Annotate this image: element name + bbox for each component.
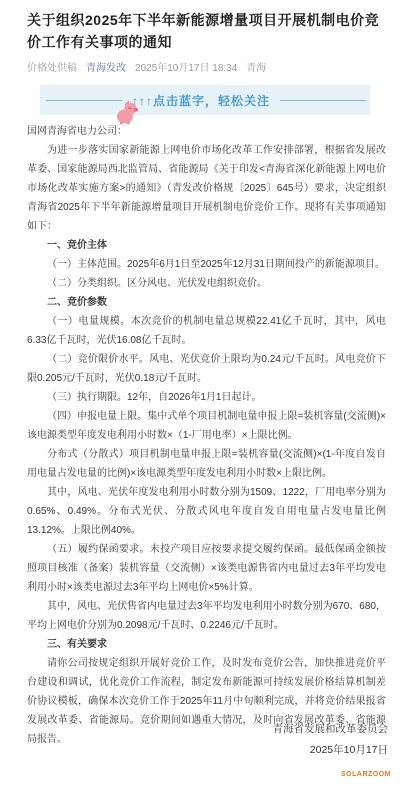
section-2-paragraph: （五）履约保函要求。未投产项目应按要求提交履约保函。最低保函金额按照项目核准（备…	[27, 540, 386, 597]
section-2-paragraph: （四）申报电量上限。集中式单个项目机制电量申报上限=装机容量(交流侧)×该电源类…	[27, 407, 386, 445]
banner-divider-left	[46, 100, 122, 101]
byline-datetime: 2025年10月17日 18:34	[135, 59, 237, 74]
watermark-solarzoom: SOLARZOOM	[341, 771, 391, 778]
follow-banner: ↑↑↑点击蓝字，轻松关注	[40, 85, 370, 115]
banner-divider-right	[280, 100, 366, 101]
byline: 价格处供稿 青海发改 2025年10月17日 18:34 青海	[27, 59, 386, 74]
signature-date: 2025年10月17日	[273, 740, 389, 761]
pig-mascot-icon	[114, 99, 140, 125]
section-3-heading: 三、有关要求	[27, 635, 386, 654]
section-2-paragraph: 其中，风电、光伏年度发电利用小时数分别为1509、1222，厂用电率分别为0.6…	[27, 483, 386, 540]
banner-follow-text: ↑↑↑点击蓝字，轻松关注	[132, 92, 270, 109]
document-body: 国网青海省电力公司： 为进一步落实国家新能源上网电价市场化改革工作安排部署，根据…	[27, 122, 386, 749]
salutation: 国网青海省电力公司：	[27, 122, 386, 141]
article-title: 关于组织2025年下半年新能源增量项目开展机制电价竞价工作有关事项的通知	[27, 9, 386, 53]
article-page: 关于组织2025年下半年新能源增量项目开展机制电价竞价工作有关事项的通知 价格处…	[0, 0, 400, 749]
section-1-paragraph: （二）分类组织。区分风电、光伏发电组织竞价。	[27, 274, 386, 293]
section-2-heading: 二、竞价参数	[27, 293, 386, 312]
section-2-paragraph: （三）执行期限。12年，自2026年1月1日起计。	[27, 388, 386, 407]
section-1-paragraph: （一）主体范围。2025年6月1日至2025年12月31日期间投产的新能源项目。	[27, 255, 386, 274]
section-2-paragraph: 分布式（分散式）项目机制电量申报上限=装机容量(交流侧)×(1-年度自发自用电量…	[27, 445, 386, 483]
section-2-paragraph: 其中，风电、光伏售省内电量过去3年平均发电利用小时数分别为670、680，平均上…	[27, 597, 386, 635]
byline-location: 青海	[246, 59, 266, 74]
section-1-heading: 一、竞价主体	[27, 236, 386, 255]
signature-block: 青海省发展和改革委员会 2025年10月17日	[273, 719, 389, 761]
intro-paragraph: 为进一步落实国家新能源上网电价市场化改革工作安排部署，根据省发展改革委、国家能源…	[27, 141, 386, 236]
byline-account-link[interactable]: 青海发改	[86, 59, 126, 74]
section-2-paragraph: （二）竞价限价水平。风电、光伏竞价上限均为0.24元/千瓦时。风电竞价下限0.2…	[27, 350, 386, 388]
signature-org: 青海省发展和改革委员会	[273, 719, 389, 740]
section-2-paragraph: （一）电量规模。本次竞价的机制电量总规模22.41亿千瓦时，其中，风电6.33亿…	[27, 312, 386, 350]
byline-contributor: 价格处供稿	[27, 59, 77, 74]
